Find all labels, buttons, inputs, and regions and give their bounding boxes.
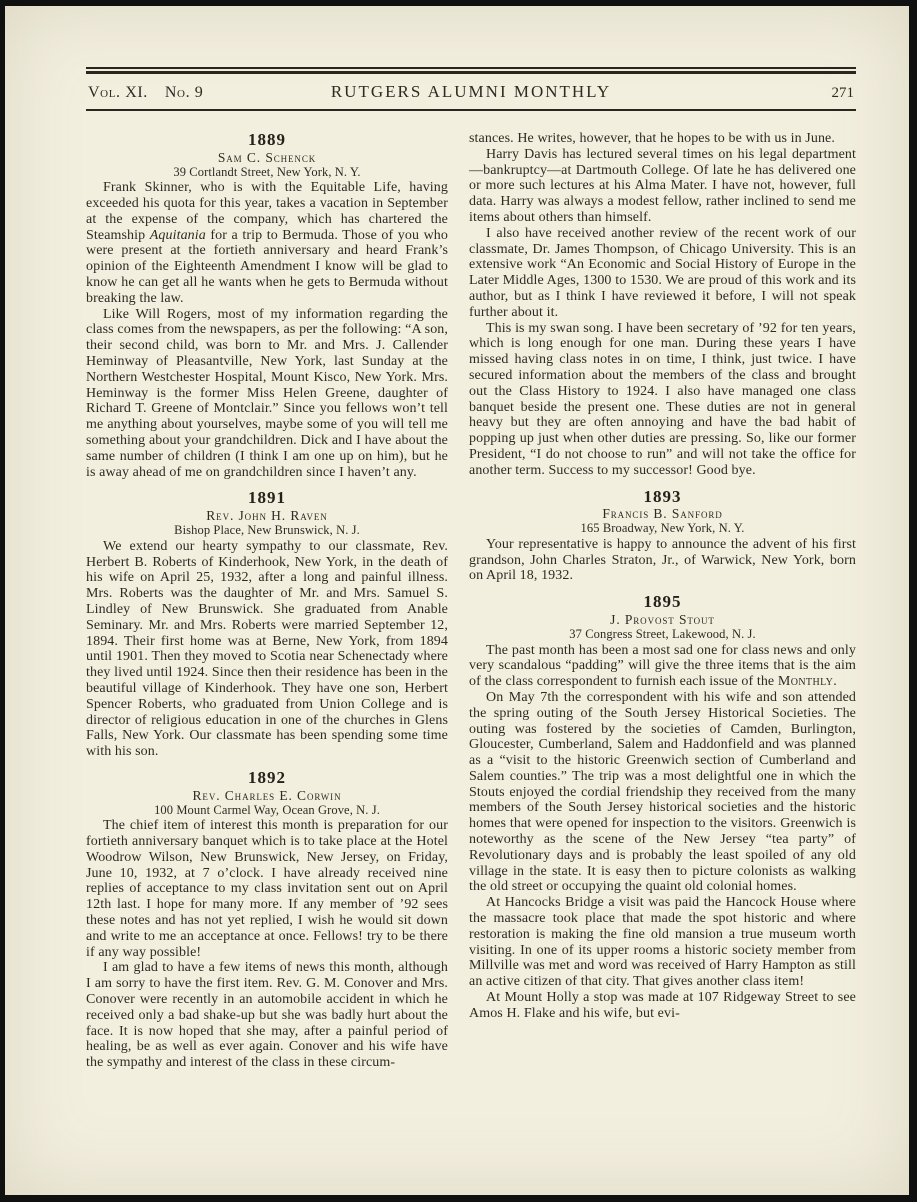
body-paragraph: I am glad to have a few items of news th… [86, 960, 448, 1071]
text-segment: This is my swan song. I have been secret… [469, 321, 856, 478]
continued-section: stances. He writes, however, that he hop… [469, 131, 856, 479]
correspondent-address: 100 Mount Carmel Way, Ocean Grove, N. J. [86, 803, 448, 818]
text-segment: Like Will Rogers, most of my information… [86, 307, 448, 480]
styled-text-smallcaps: Monthly [778, 674, 833, 689]
text-segment: We extend our hearty sympathy to our cla… [86, 539, 448, 759]
styled-text-italic: Aquitania [150, 228, 206, 243]
text-segment: Your representative is happy to announce… [469, 537, 856, 584]
correspondent-name: Francis B. Sanford [469, 506, 856, 521]
text-segment: I also have received another review of t… [469, 226, 856, 320]
class-year-heading: 1895 [469, 594, 856, 610]
text-segment: stances. He writes, however, that he hop… [469, 131, 835, 146]
text-segment: I am glad to have a few items of news th… [86, 960, 448, 1070]
text-segment: . [833, 674, 837, 689]
class-year-section: 1889Sam C. Schenck39 Cortlandt Street, N… [86, 132, 448, 480]
correspondent-address: 165 Broadway, New York, N. Y. [469, 521, 856, 536]
class-year-heading: 1889 [86, 132, 448, 148]
left-column: 1889Sam C. Schenck39 Cortlandt Street, N… [86, 131, 448, 1071]
body-paragraph: stances. He writes, however, that he hop… [469, 131, 856, 147]
correspondent-name: Rev. Charles E. Corwin [86, 788, 448, 803]
class-year-section: 1895J. Provost Stout37 Congress Street, … [469, 594, 856, 1021]
body-paragraph: On May 7th the correspondent with his wi… [469, 690, 856, 895]
correspondent-name: Rev. John H. Raven [86, 508, 448, 523]
volume-issue: Vol. XI.No. 9 [88, 84, 331, 102]
body-paragraph: I also have received another review of t… [469, 226, 856, 321]
header-rule-bottom [86, 109, 856, 111]
class-year-section: 1893Francis B. Sanford165 Broadway, New … [469, 489, 856, 585]
page-content: 1889Sam C. Schenck39 Cortlandt Street, N… [86, 131, 856, 1071]
body-paragraph: This is my swan song. I have been secret… [469, 321, 856, 479]
correspondent-name: J. Provost Stout [469, 612, 856, 627]
page-number: 271 [611, 85, 854, 102]
text-segment: At Hancocks Bridge a visit was paid the … [469, 895, 856, 989]
right-column: stances. He writes, however, that he hop… [469, 131, 856, 1071]
body-paragraph: Harry Davis has lectured several times o… [469, 147, 856, 226]
text-segment: Harry Davis has lectured several times o… [469, 147, 856, 225]
class-year-section: 1892Rev. Charles E. Corwin100 Mount Carm… [86, 770, 448, 1071]
class-year-heading: 1891 [86, 490, 448, 506]
magazine-page: Vol. XI.No. 9 RUTGERS ALUMNI MONTHLY 271… [5, 6, 909, 1195]
text-segment: At Mount Holly a stop was made at 107 Ri… [469, 990, 856, 1021]
journal-title: RUTGERS ALUMNI MONTHLY [331, 82, 611, 102]
text-segment: On May 7th the correspondent with his wi… [469, 690, 856, 895]
correspondent-address: 39 Cortlandt Street, New York, N. Y. [86, 165, 448, 180]
body-paragraph: We extend our hearty sympathy to our cla… [86, 539, 448, 760]
body-paragraph: The past month has been a most sad one f… [469, 643, 856, 690]
body-paragraph: Your representative is happy to announce… [469, 537, 856, 584]
class-year-heading: 1893 [469, 489, 856, 505]
header-rule-top-thin [86, 67, 856, 69]
masthead-row: Vol. XI.No. 9 RUTGERS ALUMNI MONTHLY 271 [86, 74, 856, 109]
body-paragraph: Like Will Rogers, most of my information… [86, 307, 448, 481]
correspondent-address: Bishop Place, New Brunswick, N. J. [86, 523, 448, 538]
body-paragraph: At Mount Holly a stop was made at 107 Ri… [469, 990, 856, 1022]
text-segment: The chief item of interest this month is… [86, 818, 448, 959]
body-paragraph: The chief item of interest this month is… [86, 818, 448, 960]
correspondent-address: 37 Congress Street, Lakewood, N. J. [469, 627, 856, 642]
class-year-section: 1891Rev. John H. RavenBishop Place, New … [86, 490, 448, 759]
correspondent-name: Sam C. Schenck [86, 150, 448, 165]
page-header: Vol. XI.No. 9 RUTGERS ALUMNI MONTHLY 271 [86, 67, 856, 111]
body-paragraph: Frank Skinner, who is with the Equitable… [86, 180, 448, 306]
body-paragraph: At Hancocks Bridge a visit was paid the … [469, 895, 856, 990]
class-year-heading: 1892 [86, 770, 448, 786]
volume-label: Vol. XI. [88, 84, 148, 101]
issue-label: No. 9 [165, 84, 204, 101]
